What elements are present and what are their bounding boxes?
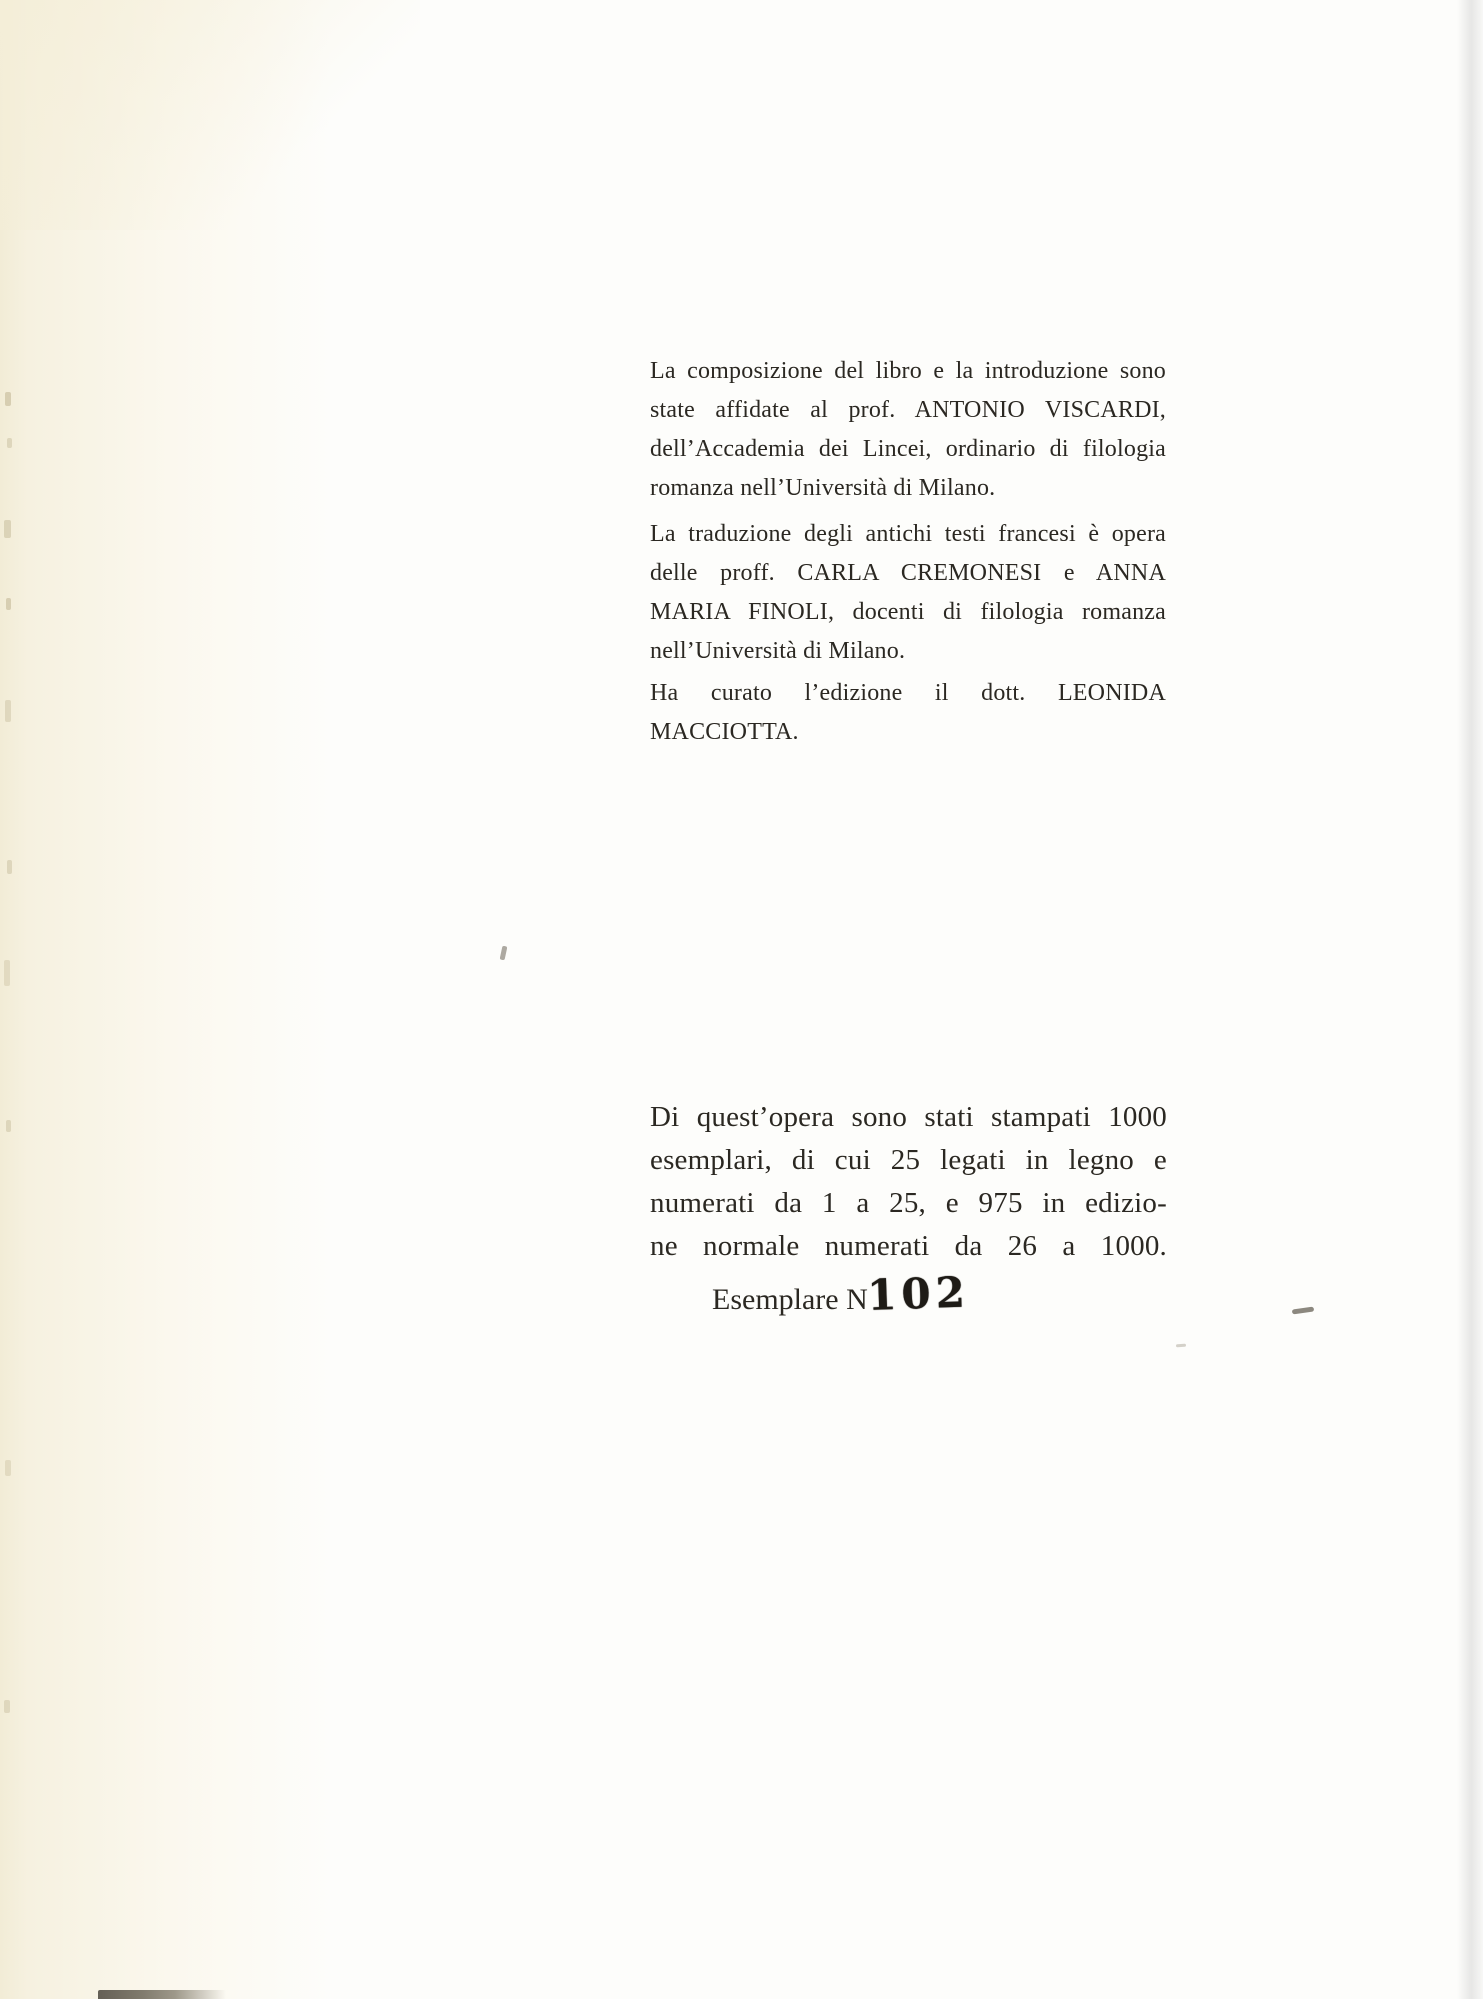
copy-number-stamp: 102	[866, 1269, 970, 1319]
paper-fibre-speck	[5, 700, 11, 722]
book-page: La composizione del libro e la introduzi…	[0, 0, 1483, 1999]
text-line: Ha curato l’edizione il dott. LEONIDA	[650, 674, 1166, 713]
credit-paragraph-editor: Ha curato l’edizione il dott. LEONIDAMAC…	[650, 674, 1166, 752]
text-line: state affidate al prof. ANTONIO VISCARDI…	[650, 391, 1166, 430]
copy-number-line: Esemplare N102	[712, 1272, 970, 1323]
paper-fibre-speck	[5, 1460, 11, 1476]
scan-smudge	[98, 1990, 226, 1999]
paper-fibre-speck	[5, 392, 11, 406]
scan-edge-band	[1457, 0, 1483, 1999]
text-line: La traduzione degli antichi testi france…	[650, 515, 1166, 554]
paper-fibre-speck	[4, 960, 10, 986]
stray-ink-mark	[1292, 1306, 1314, 1314]
credit-paragraph-translation: La traduzione degli antichi testi france…	[650, 515, 1166, 671]
stray-ink-mark	[500, 946, 508, 961]
credit-paragraph-composition: La composizione del libro e la introduzi…	[650, 352, 1166, 508]
paper-fibre-speck	[7, 860, 12, 874]
text-line: La composizione del libro e la introduzi…	[650, 352, 1166, 391]
text-line: MARIA FINOLI, docenti di filologia roman…	[650, 593, 1166, 632]
paper-edge-tint-top	[0, 0, 420, 230]
text-line: numerati da 1 a 25, e 975 in edizio-	[650, 1182, 1167, 1225]
paper-edge-tint	[0, 0, 340, 1999]
text-line: Di quest’opera sono stati stampati 1000	[650, 1096, 1167, 1139]
paper-fibre-speck	[6, 598, 11, 610]
text-line: delle proff. CARLA CREMONESI e ANNA	[650, 554, 1166, 593]
paper-fibre-speck	[7, 438, 12, 448]
text-line: romanza nell’Università di Milano.	[650, 469, 1166, 508]
text-line: MACCIOTTA.	[650, 713, 1166, 752]
paper-fibre-speck	[6, 1120, 11, 1132]
text-line: esemplari, di cui 25 legati in legno e	[650, 1139, 1167, 1182]
copy-number-label: Esemplare N	[712, 1283, 868, 1316]
text-line: ne normale numerati da 26 a 1000.	[650, 1225, 1167, 1268]
text-line: nell’Università di Milano.	[650, 632, 1166, 671]
stray-ink-mark	[1176, 1344, 1186, 1348]
edition-statement: Di quest’opera sono stati stampati 1000e…	[650, 1096, 1167, 1268]
paper-fibre-speck	[4, 520, 11, 538]
paper-fibre-speck	[4, 1700, 10, 1713]
text-line: dell’Accademia dei Lincei, ordinario di …	[650, 430, 1166, 469]
